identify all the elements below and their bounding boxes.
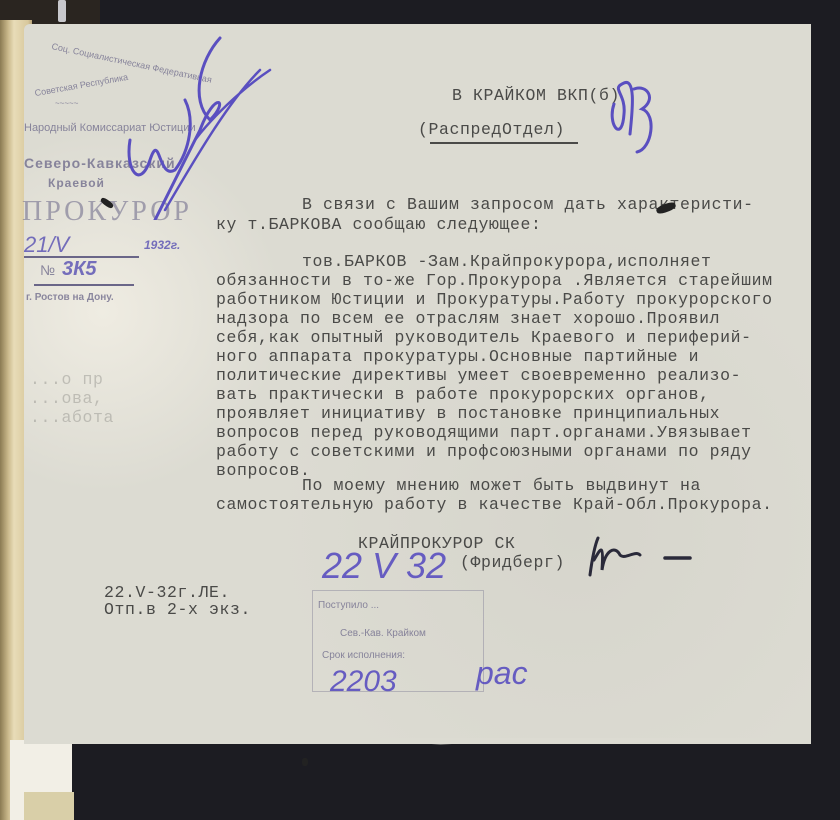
stamp-number: 3К5: [62, 258, 97, 281]
body-line-6: надзора по всем ее отраслям знает хорошо…: [216, 309, 720, 329]
footer-copies: Отп.в 2-х экз.: [104, 600, 251, 620]
body-line-14: вопросов.: [216, 461, 311, 481]
addressee-line-2: (РаспредОтдел): [418, 120, 565, 140]
body-line-10: вать практически в работе прокурорских о…: [216, 385, 710, 405]
receipt-date: 22 V 32: [322, 545, 446, 587]
body-line-9: политические директивы умеет своевременн…: [216, 366, 741, 386]
signature-name: (Фридберг): [460, 553, 565, 573]
stamp-number-label: №: [40, 262, 55, 278]
addressee-line-1: В КРАЙКОМ ВКП(б): [452, 86, 620, 106]
faded-text-1: ...о пр: [30, 370, 104, 390]
receipt-stamp-line-3: Срок исполнения:: [322, 650, 405, 661]
under-page-2: [24, 792, 74, 820]
body-line-15: По моему мнению может быть выдвинут на: [302, 476, 701, 496]
stamp-year: 1932г.: [144, 238, 180, 252]
binder-ring: [58, 0, 66, 22]
handwritten-resolution-icon: [120, 30, 280, 220]
stamp-line-5: Краевой: [48, 176, 105, 190]
body-line-2: ку т.БАРКОВА сообщаю следующее:: [216, 215, 542, 235]
handwritten-initial-icon: [602, 74, 662, 154]
body-line-11: проявляет инициативу в постановке принци…: [216, 404, 720, 424]
receipt-number: 2203: [330, 665, 397, 699]
body-line-3: тов.БАРКОВ -Зам.Крайпрокурора,исполняет: [302, 252, 712, 272]
stamp-date: 21/V: [24, 232, 69, 258]
punch-hole-3: [302, 758, 308, 766]
body-line-8: ного аппарата прокуратуры.Основные парти…: [216, 347, 699, 367]
faded-text-2: ...ова,: [30, 389, 104, 409]
addressee-underline: [430, 142, 578, 144]
receipt-handwritten-note: рас: [476, 655, 528, 692]
body-line-4: обязанности в то-же Гор.Прокурора .Являе…: [216, 271, 773, 291]
receipt-stamp-line-2: Сев.-Кав. Крайком: [340, 628, 426, 639]
body-line-16: самостоятельную работу в качестве Край-О…: [216, 495, 773, 515]
body-line-7: себя,как опытный руководитель Краевого и…: [216, 328, 752, 348]
faded-text-3: ...абота: [30, 408, 114, 428]
stamp-number-underline: [34, 284, 134, 286]
handwritten-signature-icon: [580, 530, 700, 580]
body-line-5: работником Юстиции и Прокуратуры.Работу …: [216, 290, 773, 310]
receipt-stamp-line-1: Поступило ...: [318, 600, 379, 611]
stamp-city: г. Ростов на Дону.: [26, 292, 114, 303]
body-line-12: вопросов перед руководящими парт.органам…: [216, 423, 752, 443]
body-line-1: В связи с Вашим запросом дать характерис…: [302, 195, 754, 215]
body-line-13: работу с советскими и профсоюзными орган…: [216, 442, 752, 462]
stamp-ornament: ~~~~~: [55, 99, 78, 108]
